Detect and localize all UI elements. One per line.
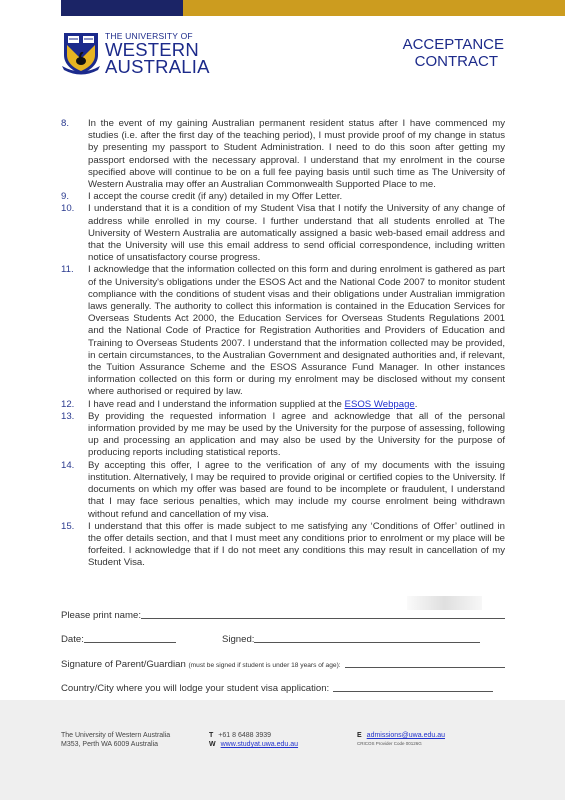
clause-text: By accepting this offer, I agree to the … [88, 460, 505, 521]
country-city-field[interactable] [333, 691, 493, 692]
print-name-label: Please print name: [61, 610, 141, 621]
email-key: E [357, 732, 362, 739]
email-link[interactable]: admissions@uwa.edu.au [367, 732, 445, 739]
parent-signature-row: Signature of Parent/Guardian (must be si… [61, 645, 505, 670]
footer: The University of Western Australia M353… [0, 700, 565, 800]
clause-text: I acknowledge that the information colle… [88, 264, 505, 398]
clause-13: 13. By providing the requested informati… [61, 411, 505, 460]
footer-phone: T+61 8 6488 3939 [209, 731, 298, 740]
clause-number: 12. [61, 399, 88, 411]
country-city-row: Country/City where you will lodge your s… [61, 670, 505, 695]
document-title-line2: CONTRACT [403, 53, 504, 70]
web-key: W [209, 741, 216, 748]
clause-text: I accept the course credit (if any) deta… [88, 191, 505, 203]
phone-key: T [209, 732, 213, 739]
clause-number: 8. [61, 118, 88, 191]
date-field[interactable] [84, 642, 176, 643]
footer-phone-web: T+61 8 6488 3939 Wwww.studyat.uwa.edu.au [209, 731, 298, 749]
country-city-label: Country/City where you will lodge your s… [61, 683, 329, 694]
print-name-field[interactable] [141, 618, 505, 619]
clause-9: 9. I accept the course credit (if any) d… [61, 191, 505, 203]
date-label: Date: [61, 634, 84, 645]
clause-11: 11. I acknowledge that the information c… [61, 264, 505, 398]
esos-webpage-link[interactable]: ESOS Webpage [345, 399, 415, 410]
clause-number: 9. [61, 191, 88, 203]
clause-text: In the event of my gaining Australian pe… [88, 118, 505, 191]
document-title-line1: ACCEPTANCE [403, 36, 504, 53]
parent-label-text: Signature of Parent/Guardian [61, 659, 186, 670]
university-name: THE UNIVERSITY OF WESTERN AUSTRALIA [105, 31, 210, 77]
clause-text: I have read and I understand the informa… [88, 399, 505, 411]
footer-email: Eadmissions@uwa.edu.au [357, 731, 445, 740]
signed-field[interactable] [254, 642, 480, 643]
clause-text: By providing the requested information I… [88, 411, 505, 460]
clause-number: 13. [61, 411, 88, 460]
clause-12: 12. I have read and I understand the inf… [61, 399, 505, 411]
print-name-row: Please print name: [61, 596, 505, 621]
footer-org-name: The University of Western Australia [61, 731, 170, 740]
university-name-line3: AUSTRALIA [105, 58, 210, 77]
phone-number: +61 8 6488 3939 [218, 732, 271, 739]
clause-text: I understand that this offer is made sub… [88, 521, 505, 570]
signature-section: Please print name: Date: Signed: Signatu… [61, 596, 505, 694]
university-logo: THE UNIVERSITY OF WESTERN AUSTRALIA [61, 31, 221, 77]
clause-number: 10. [61, 203, 88, 264]
clause-14: 14. By accepting this offer, I agree to … [61, 460, 505, 521]
header-color-bar [61, 0, 565, 16]
clause-number: 11. [61, 264, 88, 398]
signed-label: Signed: [222, 634, 255, 645]
crest-icon [61, 31, 101, 75]
footer-email-cricos: Eadmissions@uwa.edu.au CRICOS Provider C… [357, 731, 445, 748]
clause-10: 10. I understand that it is a condition … [61, 203, 505, 264]
website-link[interactable]: www.studyat.uwa.edu.au [221, 741, 298, 748]
parent-note: (must be signed if student is under 18 y… [188, 662, 340, 669]
clause-text-after: . [415, 399, 418, 410]
footer-address: The University of Western Australia M353… [61, 731, 170, 749]
clause-text-before: I have read and I understand the informa… [88, 399, 345, 410]
gold-stripe [183, 0, 565, 16]
navy-stripe [61, 0, 183, 16]
parent-signature-field[interactable] [345, 667, 505, 668]
document-title: ACCEPTANCE CONTRACT [403, 36, 504, 70]
parent-signature-label: Signature of Parent/Guardian (must be si… [61, 659, 341, 670]
clause-8: 8. In the event of my gaining Australian… [61, 118, 505, 191]
footer-web: Wwww.studyat.uwa.edu.au [209, 740, 298, 749]
redacted-area [407, 596, 482, 610]
clause-number: 14. [61, 460, 88, 521]
footer-org-address: M353, Perth WA 6009 Australia [61, 740, 170, 749]
clause-text: I understand that it is a condition of m… [88, 203, 505, 264]
date-signed-row: Date: Signed: [61, 621, 505, 646]
clause-number: 15. [61, 521, 88, 570]
cricos-code: CRICOS Provider Code 00126G [357, 740, 445, 748]
clause-15: 15. I understand that this offer is made… [61, 521, 505, 570]
clause-list: 8. In the event of my gaining Australian… [61, 118, 505, 570]
